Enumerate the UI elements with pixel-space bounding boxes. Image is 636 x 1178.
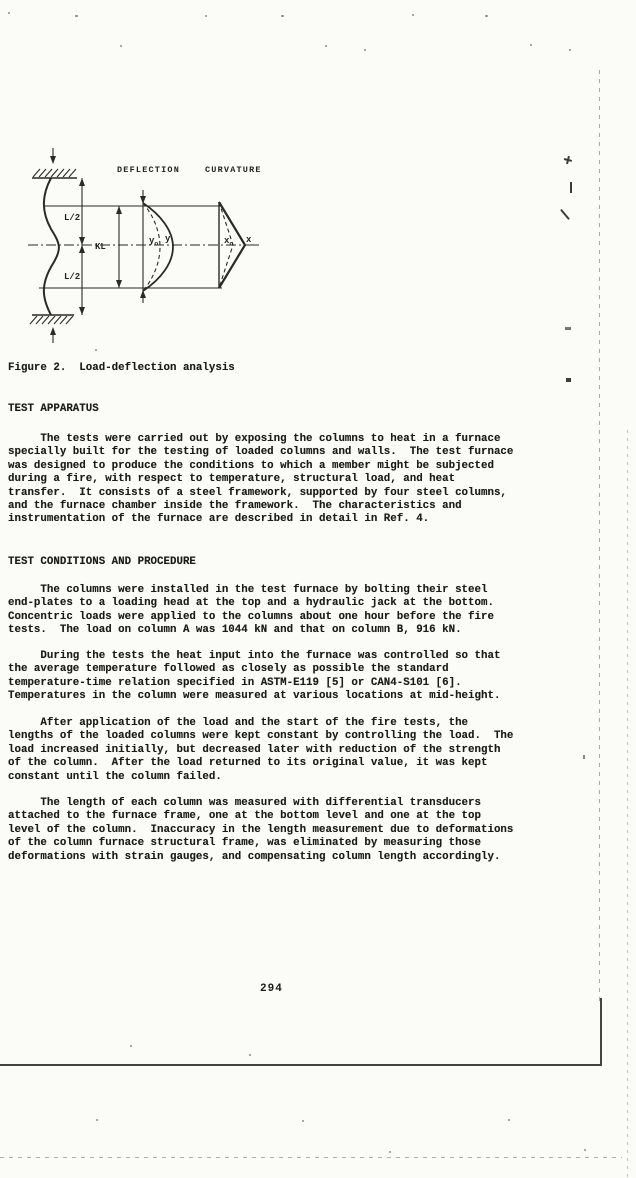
speck (95, 349, 97, 351)
speck (530, 44, 532, 46)
speck (281, 15, 284, 17)
paragraph-test-apparatus-1: The tests were carried out by exposing t… (8, 433, 548, 527)
stray-smudge-2 (566, 378, 571, 382)
speck (96, 1119, 98, 1121)
speck (302, 1120, 304, 1122)
figure-canvas: DEFLECTION CURVATURE L/2 L/2 KL yo y xo … (25, 143, 270, 348)
effective-length-dimension-line (116, 206, 122, 288)
kl-label: KL (95, 242, 106, 252)
top-support-hatching (32, 169, 77, 178)
section-heading-test-conditions: TEST CONDITIONS AND PROCEDURE (8, 556, 548, 569)
speck (75, 15, 78, 17)
speck (584, 1149, 586, 1151)
speck (389, 1151, 391, 1153)
bottom-load-arrow (50, 327, 56, 343)
stray-smudge-1 (565, 327, 571, 330)
speck (412, 14, 414, 16)
paragraph-test-conditions-1: The columns were installed in the test f… (8, 584, 548, 638)
speck (205, 15, 207, 17)
y0-label: yo (149, 236, 158, 248)
paragraph-test-conditions-3: After application of the load and the st… (8, 717, 548, 784)
curvature-title-label: CURVATURE (205, 165, 262, 175)
section-heading-test-apparatus: TEST APPARATUS (8, 403, 548, 416)
column-deflected-shape (44, 178, 59, 315)
scan-edge-dashed-line-2 (627, 430, 628, 1178)
y0-sub: o (154, 241, 158, 248)
speck (364, 49, 366, 51)
stray-tick (583, 755, 585, 759)
x-label: x (246, 235, 252, 245)
l2-lower-label: L/2 (64, 272, 80, 282)
l2-upper-label: L/2 (64, 213, 80, 223)
paragraph-test-conditions-2: During the tests the heat input into the… (8, 650, 548, 704)
speck (508, 1119, 510, 1121)
length-dimension-line (79, 178, 85, 315)
speck (325, 45, 327, 47)
figure-caption: Figure 2. Load-deflection analysis (8, 362, 548, 375)
stray-exclamation-mark (570, 182, 572, 193)
stray-hook-mark (560, 209, 570, 220)
x0-sub: o (229, 241, 233, 248)
paragraph-test-conditions-4: The length of each column was measured w… (8, 797, 548, 864)
x0-label: xo (224, 236, 233, 248)
deflection-axis (140, 190, 146, 303)
speck (8, 12, 10, 14)
scan-bed-edge-line (0, 1157, 622, 1158)
scan-page-edge-horizontal (0, 1064, 602, 1066)
scan-page-edge-vertical (600, 998, 602, 1066)
y-label: y (165, 234, 171, 244)
deflection-title-label: DEFLECTION (117, 165, 180, 175)
speck (249, 1054, 251, 1056)
speck (569, 49, 571, 51)
bottom-support-hatching (30, 315, 74, 324)
load-deflection-figure: DEFLECTION CURVATURE L/2 L/2 KL yo y xo … (25, 143, 270, 348)
speck (120, 45, 122, 47)
speck (130, 1045, 132, 1047)
page-number: 294 (260, 983, 283, 995)
top-load-arrow (50, 148, 56, 164)
speck (485, 15, 488, 17)
scan-edge-dashed-line (599, 70, 600, 1005)
